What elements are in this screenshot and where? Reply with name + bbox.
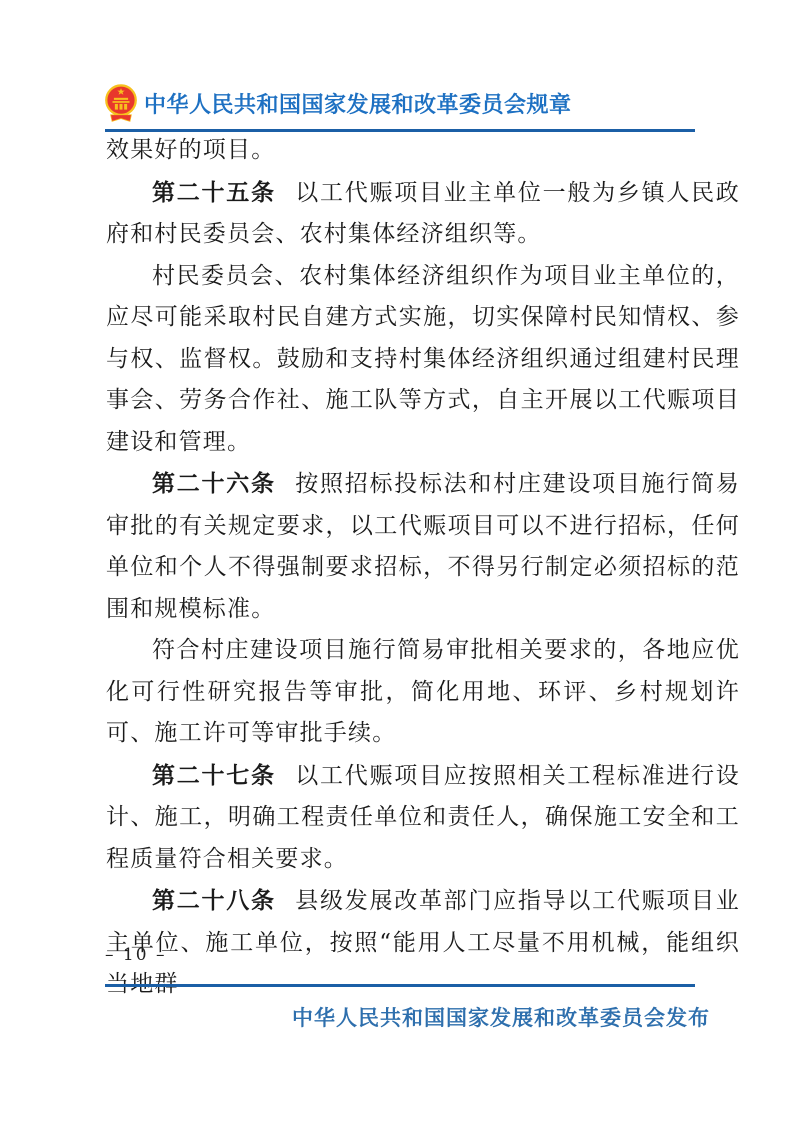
- china-national-emblem-icon: [104, 83, 138, 123]
- paragraph-text: 村民委员会、农村集体经济组织作为项目业主单位的，应尽可能采取村民自建方式实施，切…: [106, 263, 740, 455]
- document-page: 中华人民共和国国家发展和改革委员会规章 效果好的项目。第二十五条以工代赈项目业主…: [0, 0, 793, 1122]
- body-paragraph: 符合村庄建设项目施行简易审批相关要求的，各地应优化可行性研究报告等审批，简化用地…: [106, 630, 740, 755]
- body-paragraph: 效果好的项目。: [106, 130, 740, 172]
- article-number: 第二十八条: [152, 887, 276, 914]
- body-paragraph: 第二十七条以工代赈项目应按照相关工程标准进行设计、施工，明确工程责任单位和责任人…: [106, 755, 740, 881]
- body-paragraph: 第二十五条以工代赈项目业主单位一般为乡镇人民政府和村民委员会、农村集体经济组织等…: [106, 172, 740, 256]
- footer-rule: [105, 984, 695, 987]
- document-type-title: 中华人民共和国国家发展和改革委员会规章: [144, 88, 572, 119]
- article-number: 第二十五条: [152, 179, 276, 206]
- publisher-line: 中华人民共和国国家发展和改革委员会发布: [292, 1002, 710, 1032]
- article-number: 第二十七条: [152, 762, 276, 789]
- paragraph-text: 效果好的项目。: [106, 137, 275, 163]
- body-paragraph: 第二十六条按照招标投标法和村庄建设项目施行简易审批的有关规定要求，以工代赈项目可…: [106, 463, 740, 630]
- body-paragraph: 村民委员会、农村集体经济组织作为项目业主单位的，应尽可能采取村民自建方式实施，切…: [106, 256, 740, 464]
- page-header: 中华人民共和国国家发展和改革委员会规章: [104, 82, 704, 124]
- article-number: 第二十六条: [152, 470, 276, 497]
- paragraph-text: 符合村庄建设项目施行简易审批相关要求的，各地应优化可行性研究报告等审批，简化用地…: [106, 637, 740, 746]
- page-number: – 10 –: [105, 945, 166, 965]
- document-body: 效果好的项目。第二十五条以工代赈项目业主单位一般为乡镇人民政府和村民委员会、农村…: [106, 130, 740, 1006]
